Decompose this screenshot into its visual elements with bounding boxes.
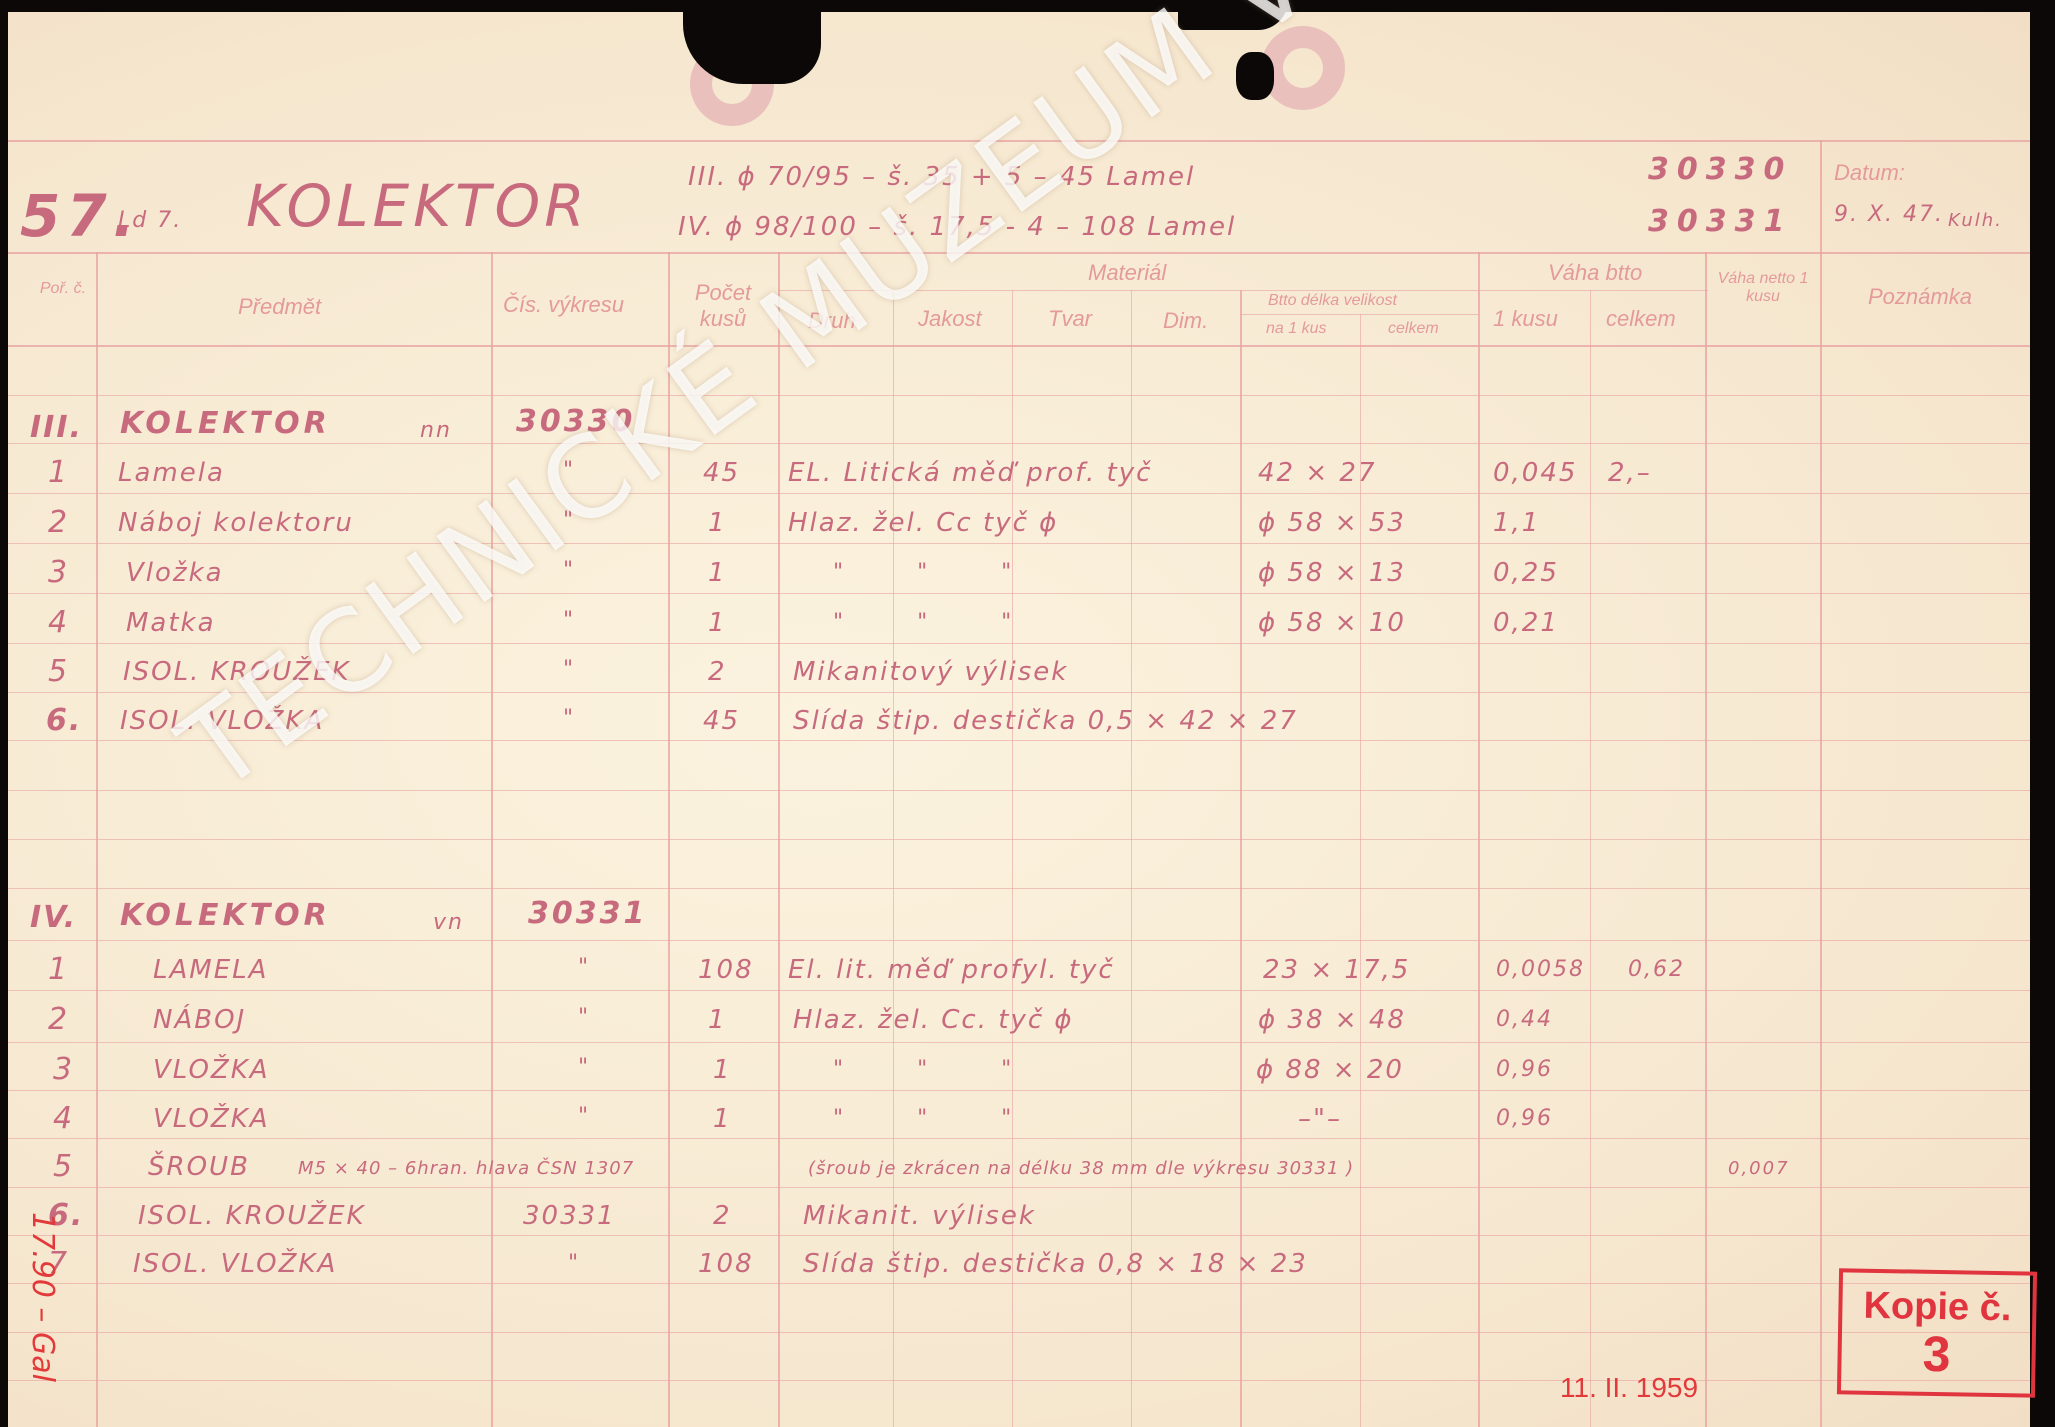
section-name: KOLEKTOR bbox=[120, 406, 331, 441]
header-poznamka: Poznámka bbox=[1868, 284, 1972, 310]
section-drawing: 30331 bbox=[528, 896, 647, 931]
row-vaha-1: 0,96 bbox=[1496, 1106, 1553, 1131]
col-line bbox=[778, 252, 780, 1427]
header-celkem: celkem bbox=[1388, 320, 1439, 338]
row-predmet: ISOL. KROUŽEK bbox=[138, 1201, 366, 1231]
row-netto: 0,007 bbox=[1728, 1158, 1790, 1179]
row-no: 2 bbox=[48, 1002, 69, 1037]
col-line bbox=[491, 252, 493, 1427]
grid-row-line bbox=[8, 990, 2030, 991]
row-no: 5 bbox=[48, 654, 69, 689]
rule-length-sub bbox=[1240, 314, 1478, 315]
header-delka-group: Btto délka velikost bbox=[1268, 292, 1397, 310]
row-vaha-1: 0,25 bbox=[1493, 558, 1559, 588]
row-dim: ϕ 88 × 20 bbox=[1256, 1055, 1404, 1085]
row-material: Mikanitový výlisek bbox=[793, 657, 1068, 687]
row-vykres: M5 × 40 – 6hran. hlava ČSN 1307 bbox=[298, 1158, 634, 1179]
rule-header-bottom bbox=[8, 345, 2030, 347]
grid-row-line bbox=[8, 790, 2030, 791]
grid-row-line bbox=[8, 839, 2030, 840]
grid-row-line bbox=[8, 395, 2030, 396]
row-predmet: NÁBOJ bbox=[153, 1005, 246, 1035]
grid-row-line bbox=[8, 1235, 2030, 1236]
copy-stamp: Kopie č. 3 bbox=[1837, 1268, 2037, 1397]
row-predmet: Náboj kolektoru bbox=[118, 508, 354, 538]
row-dim: ϕ 58 × 13 bbox=[1258, 558, 1406, 588]
row-kusu: 45 bbox=[703, 706, 740, 736]
grid-row-line bbox=[8, 593, 2030, 594]
col-line bbox=[96, 252, 98, 1427]
row-predmet: ISOL. VLOŽKA bbox=[133, 1249, 337, 1279]
signature: Kulh. bbox=[1948, 210, 2003, 231]
stamp-label: Kopie č. bbox=[1842, 1284, 2033, 1330]
row-kusu: 1 bbox=[713, 1104, 732, 1134]
row-no: 2 bbox=[48, 505, 69, 540]
row-vykres: " bbox=[578, 1104, 590, 1129]
col-line bbox=[1705, 252, 1707, 1427]
row-vaha-1: 0,96 bbox=[1496, 1057, 1553, 1082]
grid-row-line bbox=[8, 1090, 2030, 1091]
row-material: " " " bbox=[833, 1057, 1013, 1082]
row-material: EL. Litická měď prof. tyč bbox=[788, 458, 1152, 488]
row-vaha-1: 1,1 bbox=[1493, 508, 1540, 538]
row-material: Mikanit. výlisek bbox=[803, 1201, 1036, 1231]
grid-row-line bbox=[8, 1042, 2030, 1043]
row-kusu: 1 bbox=[708, 558, 727, 588]
grid-row-line bbox=[8, 543, 2030, 544]
row-predmet: ŠROUB bbox=[148, 1152, 250, 1182]
row-vykres: 30331 bbox=[523, 1201, 616, 1231]
row-dim: ϕ 58 × 10 bbox=[1258, 608, 1406, 638]
row-no: 6. bbox=[46, 703, 82, 738]
header-na-1-kus: na 1 kus bbox=[1266, 320, 1326, 338]
row-vykres: " bbox=[568, 1251, 580, 1276]
row-vaha-1: 0,21 bbox=[1493, 608, 1559, 638]
section-suffix: nn bbox=[420, 418, 452, 443]
row-material: Slída štip. destička 0,5 × 42 × 27 bbox=[793, 706, 1298, 736]
row-kusu: 108 bbox=[698, 1249, 754, 1279]
header-vaha-celkem: celkem bbox=[1606, 306, 1676, 332]
date-label: Datum: bbox=[1834, 160, 1905, 186]
row-no: 1 bbox=[48, 455, 69, 490]
header-vaha-1-kusu: 1 kusu bbox=[1493, 306, 1558, 332]
row-material: (šroub je zkrácen na délku 38 mm dle výk… bbox=[808, 1158, 1354, 1179]
row-vykres: " bbox=[578, 955, 590, 980]
bottom-date: 11. II. 1959 bbox=[1560, 1372, 1698, 1404]
document-title: KOLEKTOR bbox=[246, 172, 589, 240]
row-kusu: 1 bbox=[708, 608, 727, 638]
header-material: Materiál bbox=[1088, 260, 1166, 286]
row-no: 1 bbox=[48, 952, 69, 987]
grid-row-line bbox=[8, 1332, 2030, 1333]
row-no: 3 bbox=[53, 1052, 74, 1087]
header-vaha-btto: Váha btto bbox=[1548, 260, 1642, 286]
row-kusu: 2 bbox=[713, 1201, 732, 1231]
row-dim: ϕ 38 × 48 bbox=[1258, 1005, 1406, 1035]
drawing-number-1: 30330 bbox=[1648, 152, 1792, 187]
stamp-number: 3 bbox=[1841, 1327, 2032, 1380]
row-vykres: " bbox=[563, 657, 575, 682]
row-material: " " " bbox=[833, 560, 1013, 585]
row-vykres: " bbox=[563, 608, 575, 633]
section-suffix: vn bbox=[433, 910, 464, 935]
grid-row-line bbox=[8, 1138, 2030, 1139]
row-material: El. lit. měď profyl. tyč bbox=[788, 955, 1115, 985]
grid-row-line bbox=[8, 1283, 2030, 1284]
row-kusu: 108 bbox=[698, 955, 754, 985]
margin-note: 17.90 – Gal bbox=[25, 1212, 60, 1382]
archival-document-sheet: 57. Ld 7. KOLEKTOR III. ϕ 70/95 – š. 35 … bbox=[8, 12, 2030, 1427]
row-vykres: " bbox=[563, 706, 575, 731]
row-vykres: " bbox=[578, 1055, 590, 1080]
row-predmet: Lamela bbox=[118, 458, 225, 488]
row-dim: 23 × 17,5 bbox=[1263, 955, 1410, 985]
row-material: Hlaz. žel. Cc tyč ϕ bbox=[788, 508, 1058, 538]
header-poradi: Poř. č. bbox=[38, 280, 88, 298]
header-dim: Dim. bbox=[1163, 308, 1208, 334]
row-kusu: 1 bbox=[713, 1055, 732, 1085]
row-material: " " " bbox=[833, 1106, 1013, 1131]
section-roman: IV. bbox=[30, 900, 77, 935]
row-no: 3 bbox=[48, 555, 69, 590]
grid-row-line bbox=[8, 888, 2030, 889]
row-material: " " " bbox=[833, 610, 1013, 635]
row-predmet: VLOŽKA bbox=[153, 1055, 270, 1085]
row-dim: ϕ 58 × 53 bbox=[1258, 508, 1406, 538]
row-material: Slída štip. destička 0,8 × 18 × 23 bbox=[803, 1249, 1308, 1279]
section-roman: III. bbox=[30, 410, 83, 445]
grid-row-line bbox=[8, 1380, 2030, 1381]
rule-title-bottom bbox=[8, 252, 2030, 254]
grid-row-line bbox=[8, 443, 2030, 444]
col-line bbox=[1478, 252, 1480, 1427]
col-line bbox=[1820, 140, 1822, 1427]
museum-watermark: TECHNICKÉ MUZEUM V BRNĚ bbox=[158, 0, 1633, 817]
row-predmet: Vložka bbox=[126, 558, 224, 588]
drawing-number-2: 30331 bbox=[1648, 204, 1792, 239]
row-vaha-1: 0,045 bbox=[1493, 458, 1577, 488]
row-vaha-1: 0,0058 bbox=[1496, 957, 1585, 982]
row-vaha-celkem: 2,– bbox=[1608, 458, 1652, 488]
row-predmet: LAMELA bbox=[153, 955, 268, 985]
row-kusu: 1 bbox=[708, 508, 727, 538]
row-vykres: " bbox=[578, 1005, 590, 1030]
header-tvar: Tvar bbox=[1048, 306, 1092, 332]
header-predmet: Předmět bbox=[238, 294, 321, 320]
row-no: 4 bbox=[48, 605, 69, 640]
row-predmet: VLOŽKA bbox=[153, 1104, 270, 1134]
section-name: KOLEKTOR bbox=[120, 898, 331, 933]
row-vaha-celkem: 0,62 bbox=[1628, 957, 1685, 982]
grid-row-line bbox=[8, 493, 2030, 494]
row-kusu: 1 bbox=[708, 1005, 727, 1035]
row-dim: 42 × 27 bbox=[1258, 458, 1376, 488]
row-vaha-1: 0,44 bbox=[1496, 1007, 1553, 1032]
row-material: Hlaz. žel. Cc. tyč ϕ bbox=[793, 1005, 1074, 1035]
row-dim: –"– bbox=[1298, 1104, 1342, 1134]
date-value: 9. X. 47. bbox=[1834, 202, 1944, 227]
row-kusu: 2 bbox=[708, 657, 727, 687]
col-line bbox=[1590, 290, 1591, 1427]
row-predmet: Matka bbox=[126, 608, 216, 638]
header-cis-vykresu: Čís. výkresu bbox=[503, 292, 624, 318]
sheet-sub: Ld 7. bbox=[118, 208, 182, 233]
grid-row-line bbox=[8, 940, 2030, 941]
header-vaha-netto: Váha netto 1 kusu bbox=[1713, 270, 1813, 306]
row-no: 4 bbox=[53, 1101, 74, 1136]
grid-row-line bbox=[8, 1187, 2030, 1188]
row-no: 5 bbox=[53, 1149, 74, 1184]
